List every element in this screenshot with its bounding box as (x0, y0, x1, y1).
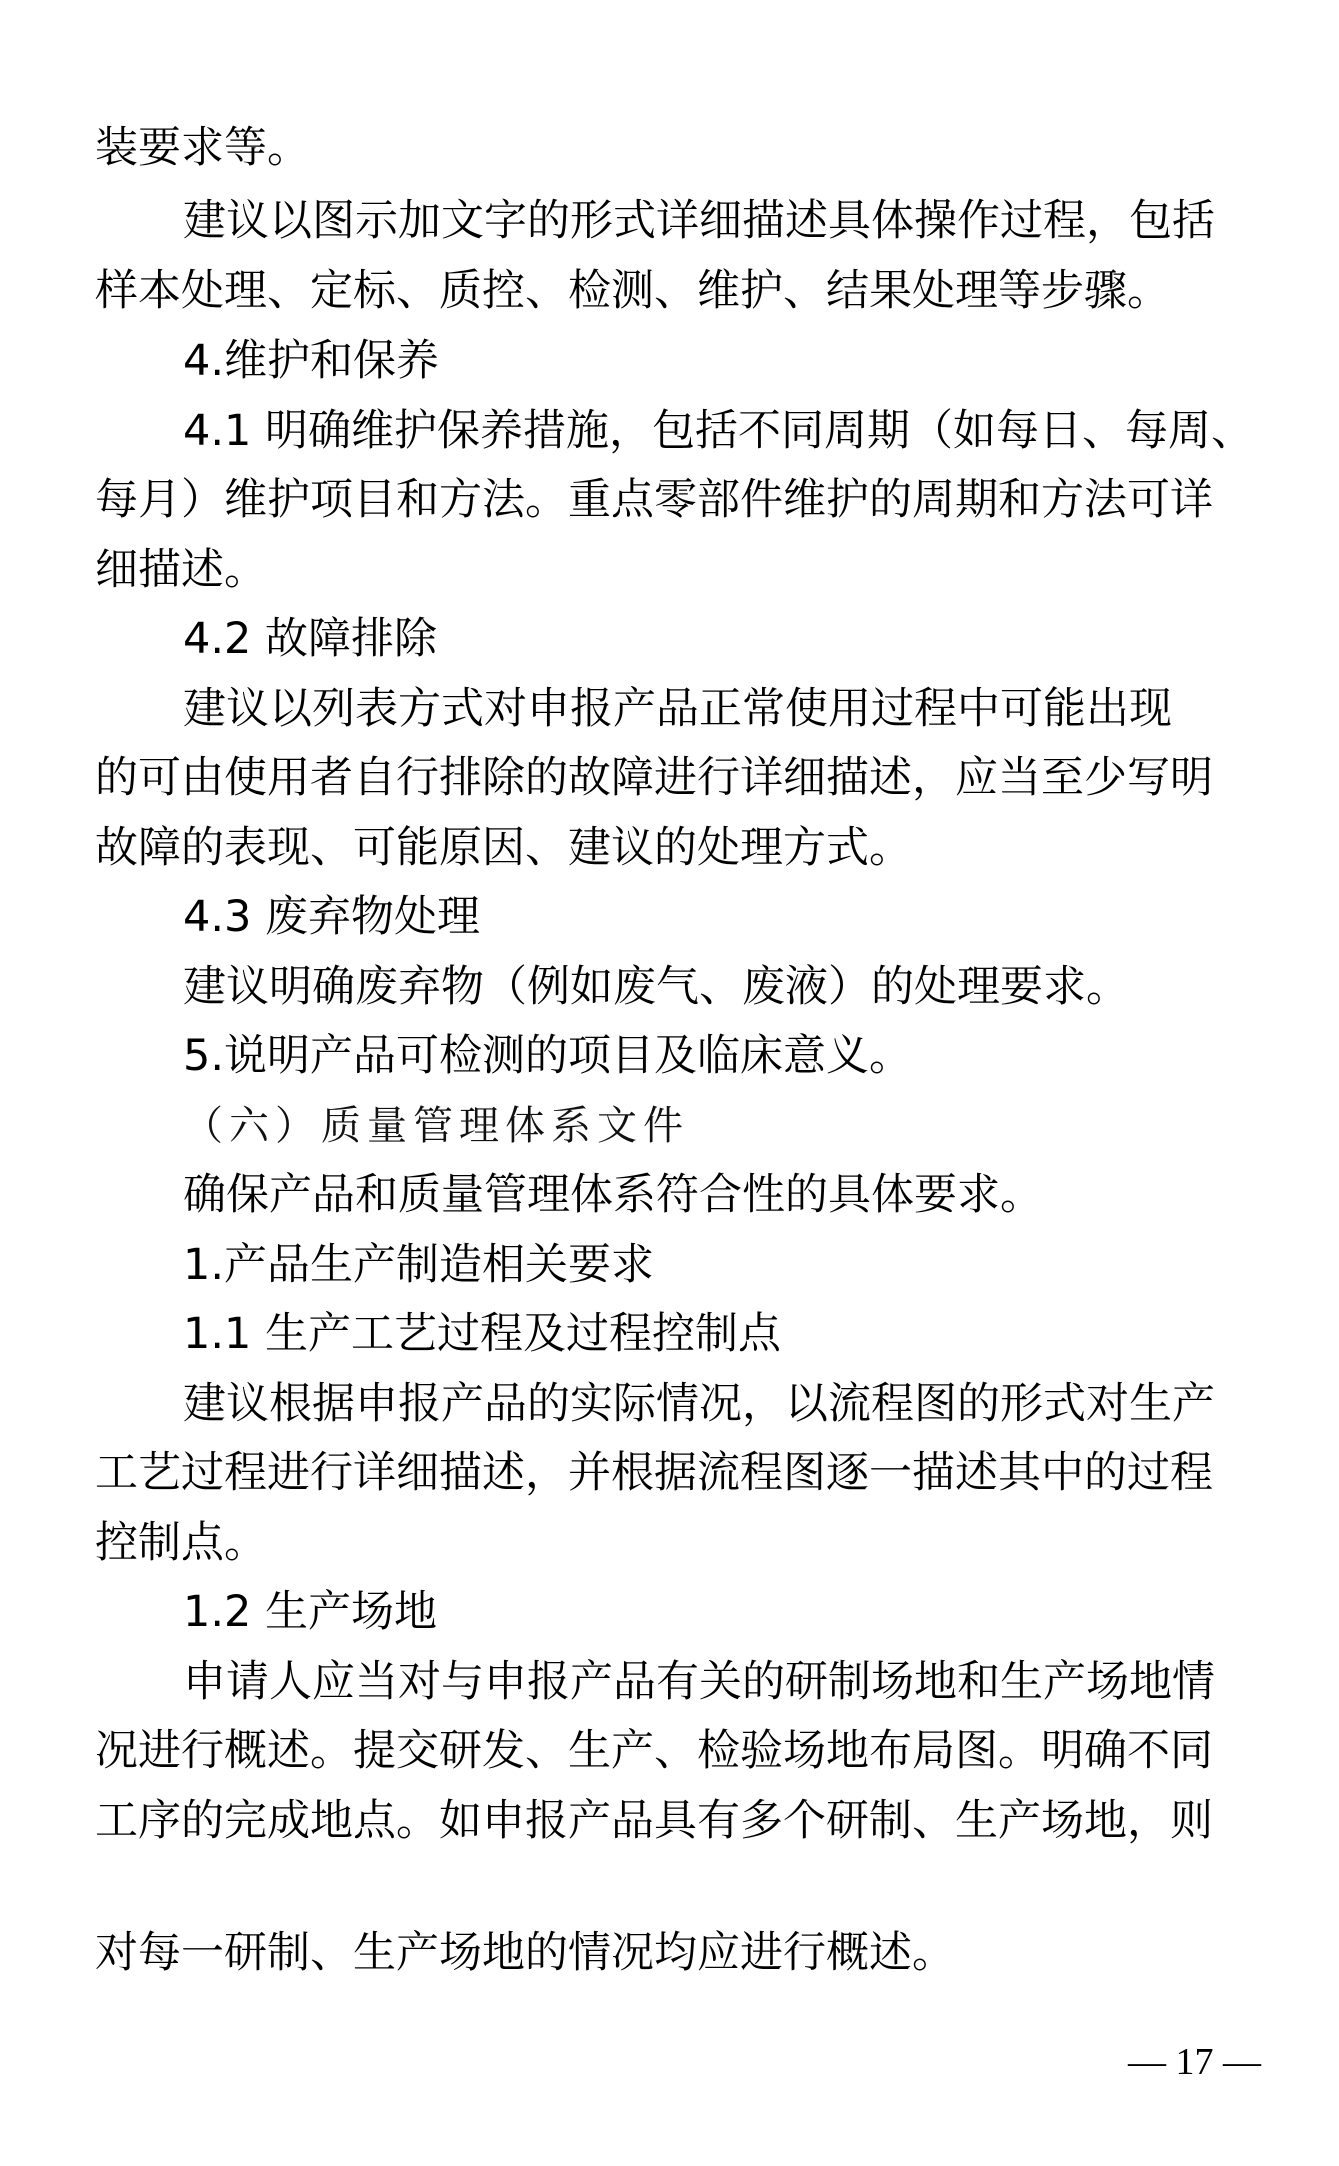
text-line: 样本处理、定标、质控、检测、维护、结果处理等步骤。 (95, 267, 1170, 315)
text-line: 对每一研制、生产场地的情况均应进行概述。 (95, 1929, 955, 1977)
text-line: 故障的表现、可能原因、建议的处理方式。 (95, 824, 912, 872)
heading-1-manufacturing: 1.产品生产制造相关要求 (183, 1241, 654, 1289)
heading-5-test-items: 5.说明产品可检测的项目及临床意义。 (183, 1032, 912, 1080)
paragraph-quality-requirements: 确保产品和质量管理体系符合性的具体要求。 (183, 1171, 1043, 1219)
text-line: 细描述。 (95, 546, 267, 594)
text-line: 工序的完成地点。如申报产品具有多个研制、生产场地，则 (95, 1797, 1213, 1845)
heading-4-3-waste: 4.3 废弃物处理 (183, 893, 480, 941)
heading-4-maintenance: 4.维护和保养 (183, 337, 439, 385)
text-line: 装要求等。 (95, 124, 310, 172)
heading-4-2-troubleshooting: 4.2 故障排除 (183, 615, 437, 663)
page-number: — 17 — (1128, 2040, 1261, 2084)
paragraph-troubleshooting: 建议以列表方式对申报产品正常使用过程中可能出现 (183, 685, 1172, 733)
heading-1-2-site: 1.2 生产场地 (183, 1588, 437, 1636)
paragraph-process-flowchart: 建议根据申报产品的实际情况，以流程图的形式对生产 (183, 1380, 1215, 1428)
text-line: 每月）维护项目和方法。重点零部件维护的周期和方法可详 (95, 476, 1213, 524)
text-line: 工艺过程进行详细描述，并根据流程图逐一描述其中的过程 (95, 1449, 1213, 1497)
paragraph-waste: 建议明确废弃物（例如废气、废液）的处理要求。 (183, 963, 1129, 1011)
paragraph-production-site: 申请人应当对与申报产品有关的研制场地和生产场地情 (183, 1658, 1215, 1706)
section-heading-quality-system: （六）质量管理体系文件 (183, 1102, 689, 1150)
paragraph-operation-process: 建议以图示加文字的形式详细描述具体操作过程，包括 (183, 197, 1215, 245)
text-line: 控制点。 (95, 1519, 267, 1567)
text-line: 况进行概述。提交研发、生产、检验场地布局图。明确不同 (95, 1727, 1213, 1775)
paragraph-4-1: 4.1 明确维护保养措施，包括不同周期（如每日、每周、 (183, 407, 1254, 455)
heading-1-1-process: 1.1 生产工艺过程及过程控制点 (183, 1310, 781, 1358)
document-page: 装要求等。 建议以图示加文字的形式详细描述具体操作过程，包括 样本处理、定标、质… (0, 0, 1339, 2166)
text-line: 的可由使用者自行排除的故障进行详细描述，应当至少写明 (95, 754, 1213, 802)
